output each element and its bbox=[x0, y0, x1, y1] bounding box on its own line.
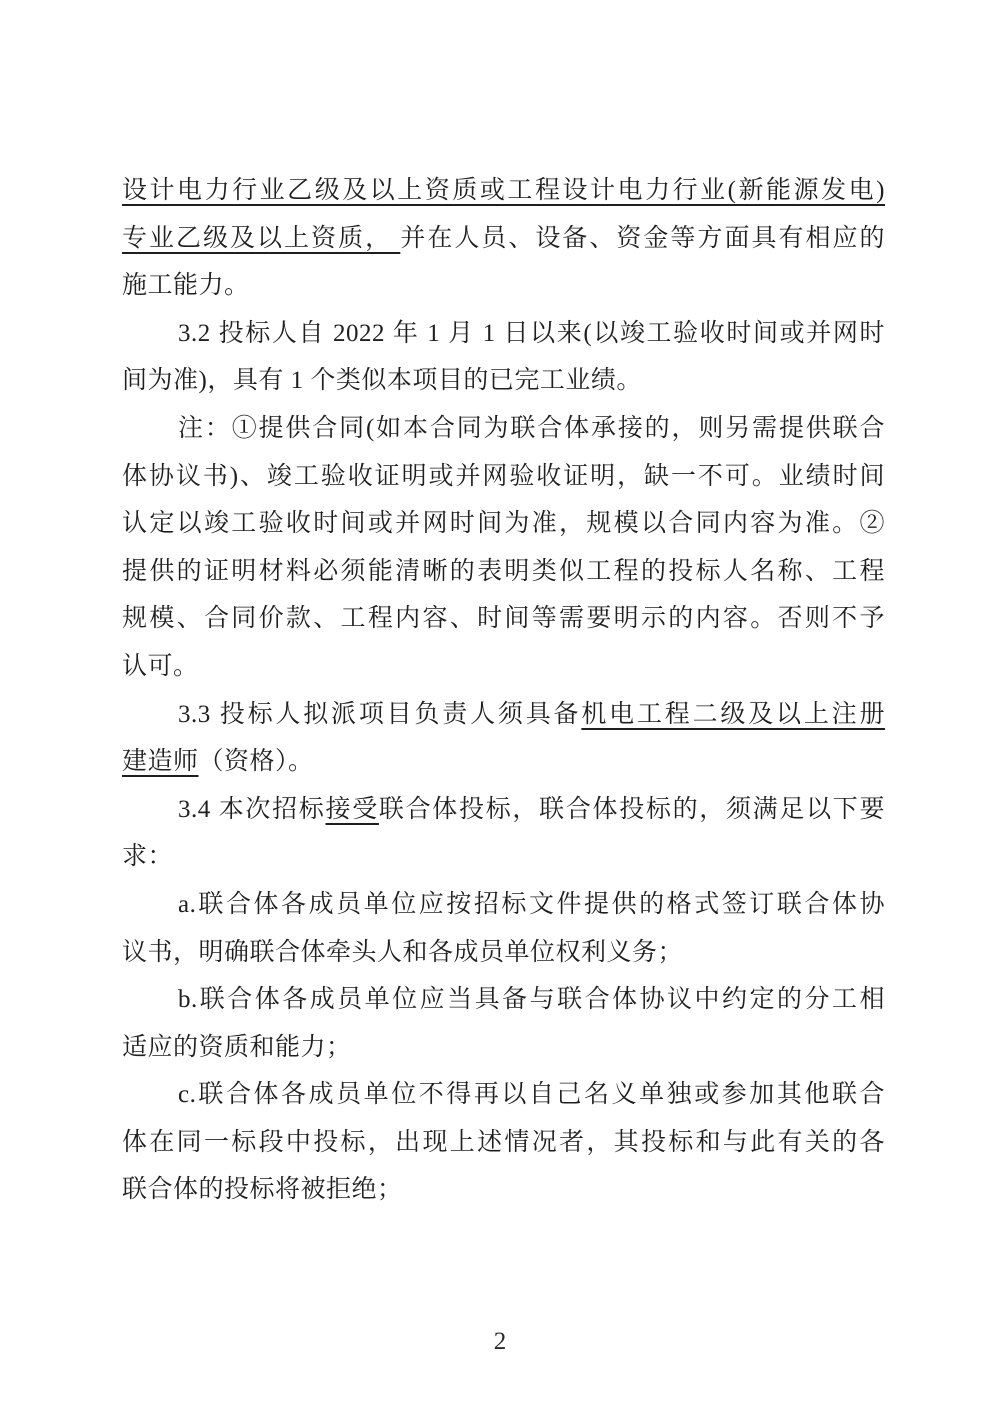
text-segment: b.联合体各成员单位应当具备与联合体协议中约定的分工相 bbox=[178, 986, 885, 1013]
text-segment: 体在同一标段中投标，出现上述情况者，其投标和与此有关的各 bbox=[122, 1129, 885, 1156]
underlined-text-segment: 专业乙级及以上资质， bbox=[122, 225, 400, 252]
underlined-text-segment: 机电工程二级及以上注册 bbox=[581, 701, 885, 728]
text-line: 专业乙级及以上资质， 并在人员、设备、资金等方面具有相应的 bbox=[122, 215, 885, 263]
text-line: 注：①提供合同(如本合同为联合体承接的，则另需提供联合 bbox=[122, 405, 885, 453]
text-line: a.联合体各成员单位应按招标文件提供的格式签订联合体协 bbox=[122, 881, 885, 929]
text-line: 认可。 bbox=[122, 643, 885, 691]
text-line: b.联合体各成员单位应当具备与联合体协议中约定的分工相 bbox=[122, 976, 885, 1024]
text-line: 联合体的投标将被拒绝； bbox=[122, 1166, 885, 1214]
text-segment: 体协议书)、竣工验收证明或并网验收证明，缺一不可。业绩时间 bbox=[122, 463, 885, 490]
text-line: 设计电力行业乙级及以上资质或工程设计电力行业(新能源发电) bbox=[122, 167, 885, 215]
underlined-text-segment: 建造师 bbox=[122, 748, 199, 775]
text-segment: 议书，明确联合体牵头人和各成员单位权利义务； bbox=[122, 939, 683, 966]
text-segment: 认可。 bbox=[122, 653, 199, 680]
text-segment: 3.3 投标人拟派项目负责人须具备 bbox=[178, 701, 581, 728]
text-line: 间为准)，具有 1 个类似本项目的已完工业绩。 bbox=[122, 357, 885, 405]
text-segment: 求： bbox=[122, 843, 173, 870]
text-segment: 施工能力。 bbox=[122, 272, 250, 299]
text-segment: 间为准)，具有 1 个类似本项目的已完工业绩。 bbox=[122, 367, 642, 394]
text-segment: 3.2 投标人自 2022 年 1 月 1 日以来(以竣工验收时间或并网时 bbox=[178, 320, 885, 347]
text-segment: 适应的资质和能力； bbox=[122, 1034, 352, 1061]
page-number: 2 bbox=[0, 1322, 1000, 1362]
text-segment: a.联合体各成员单位应按招标文件提供的格式签订联合体协 bbox=[178, 891, 885, 918]
text-line: 规模、合同价款、工程内容、时间等需要明示的内容。否则不予 bbox=[122, 595, 885, 643]
document-content: 设计电力行业乙级及以上资质或工程设计电力行业(新能源发电)专业乙级及以上资质， … bbox=[122, 167, 885, 1214]
text-segment: 联合体的投标将被拒绝； bbox=[122, 1176, 403, 1203]
underlined-text-segment: 设计电力行业乙级及以上资质或工程设计电力行业(新能源发电) bbox=[122, 177, 885, 204]
text-segment: （资格）。 bbox=[199, 748, 314, 775]
text-line: 适应的资质和能力； bbox=[122, 1024, 885, 1072]
text-segment: c.联合体各成员单位不得再以自己名义单独或参加其他联合 bbox=[178, 1081, 885, 1108]
text-segment: 认定以竣工验收时间或并网时间为准，规模以合同内容为准。② bbox=[122, 510, 885, 537]
text-segment: 3.4 本次招标 bbox=[178, 796, 326, 823]
text-line: 施工能力。 bbox=[122, 262, 885, 310]
text-line: c.联合体各成员单位不得再以自己名义单独或参加其他联合 bbox=[122, 1071, 885, 1119]
text-line: 3.2 投标人自 2022 年 1 月 1 日以来(以竣工验收时间或并网时 bbox=[122, 310, 885, 358]
text-line: 求： bbox=[122, 833, 885, 881]
text-line: 3.4 本次招标接受联合体投标，联合体投标的，须满足以下要 bbox=[122, 786, 885, 834]
text-segment: 并在人员、设备、资金等方面具有相应的 bbox=[400, 225, 885, 252]
underlined-text-segment: 接受 bbox=[326, 796, 379, 823]
document-page: 设计电力行业乙级及以上资质或工程设计电力行业(新能源发电)专业乙级及以上资质， … bbox=[0, 0, 1000, 1414]
text-segment: 注：①提供合同(如本合同为联合体承接的，则另需提供联合 bbox=[178, 415, 885, 442]
text-line: 提供的证明材料必须能清晰的表明类似工程的投标人名称、工程 bbox=[122, 548, 885, 596]
text-line: 认定以竣工验收时间或并网时间为准，规模以合同内容为准。② bbox=[122, 500, 885, 548]
text-line: 议书，明确联合体牵头人和各成员单位权利义务； bbox=[122, 929, 885, 977]
text-line: 建造师（资格）。 bbox=[122, 738, 885, 786]
text-segment: 规模、合同价款、工程内容、时间等需要明示的内容。否则不予 bbox=[122, 605, 885, 632]
text-segment: 提供的证明材料必须能清晰的表明类似工程的投标人名称、工程 bbox=[122, 558, 885, 585]
text-line: 3.3 投标人拟派项目负责人须具备机电工程二级及以上注册 bbox=[122, 691, 885, 739]
text-segment: 联合体投标，联合体投标的，须满足以下要 bbox=[379, 796, 885, 823]
text-line: 体在同一标段中投标，出现上述情况者，其投标和与此有关的各 bbox=[122, 1119, 885, 1167]
text-line: 体协议书)、竣工验收证明或并网验收证明，缺一不可。业绩时间 bbox=[122, 453, 885, 501]
